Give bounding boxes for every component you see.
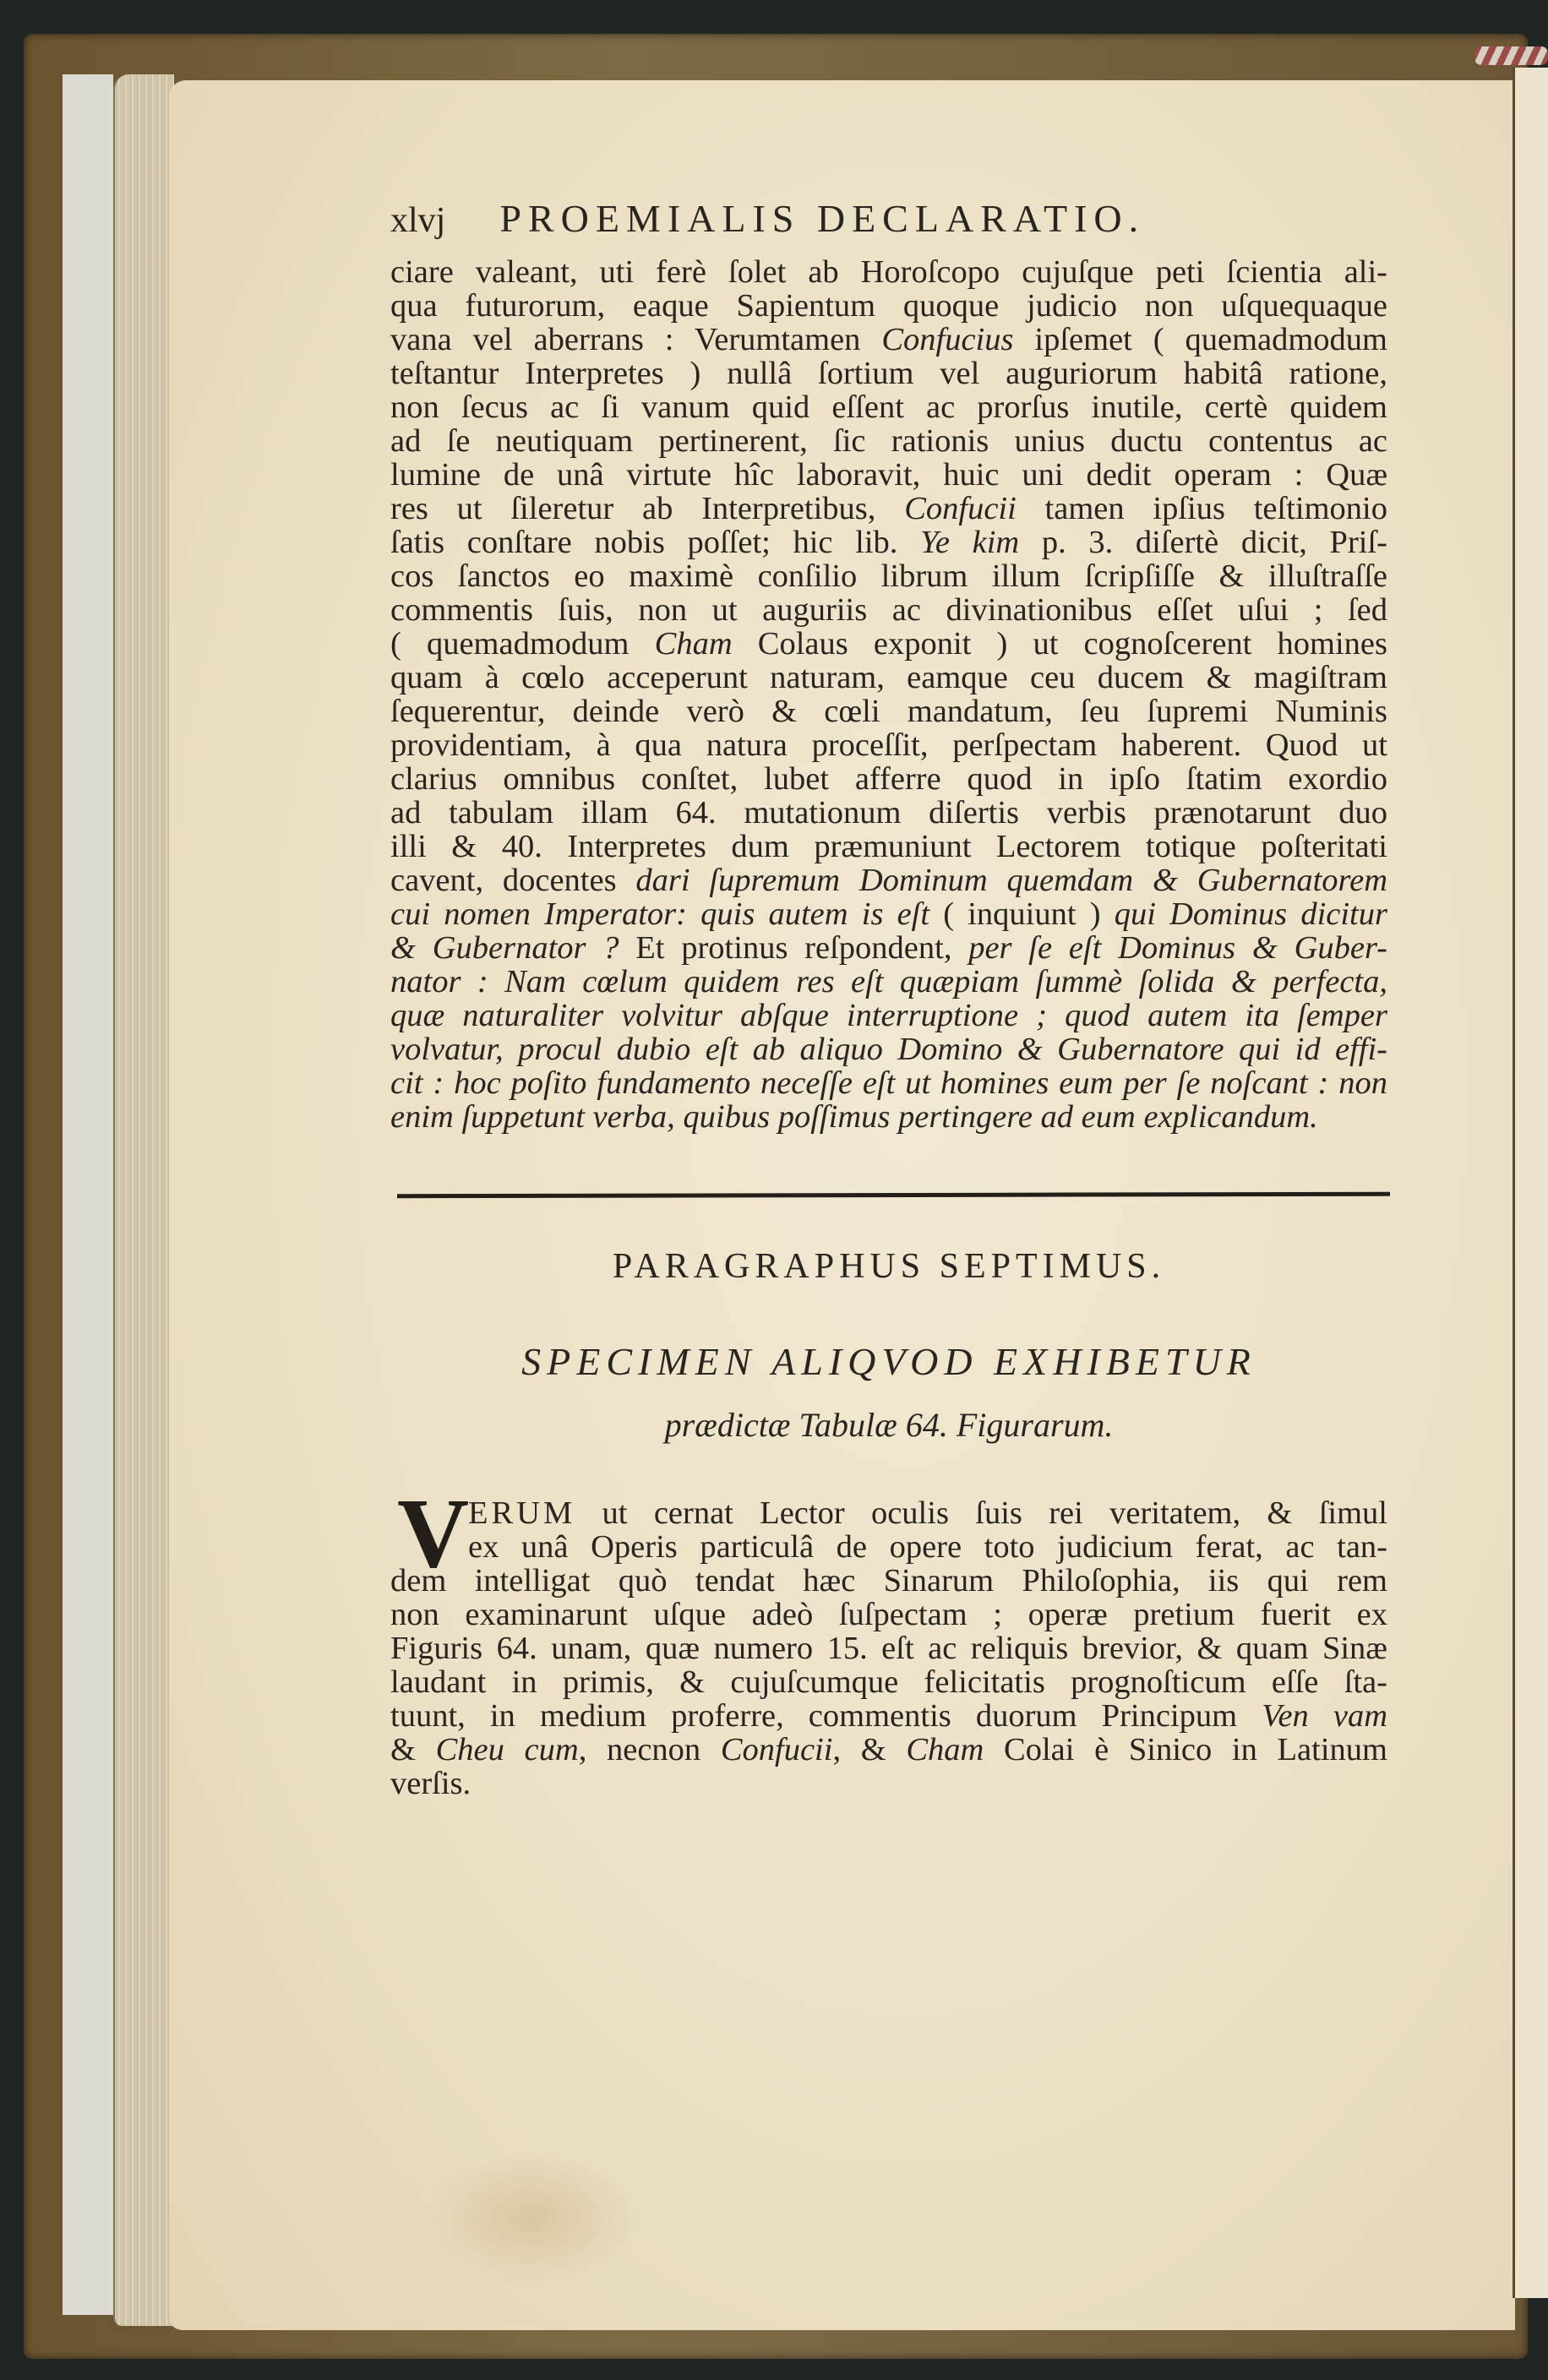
italic-text: quæ naturaliter volvitur abſque interrup… bbox=[390, 998, 1387, 1033]
italic-text: Ven vam bbox=[1262, 1698, 1387, 1734]
text-run: providentiam, à qua natura proceſſit, pe… bbox=[390, 727, 1387, 763]
page-text: xlvj PROEMIALIS DECLARATIO. ciare valean… bbox=[390, 196, 1387, 1800]
italic-text: volvatur, procul dubio eſt ab aliquo Dom… bbox=[390, 1032, 1387, 1067]
italic-text: Confucius bbox=[881, 322, 1013, 357]
text-run: cavent, docentes bbox=[390, 863, 635, 898]
text-run: quam à cœlo acceperunt naturam, eamque c… bbox=[390, 660, 1387, 695]
text-run: laudant in primis, & cujuſcumque felicit… bbox=[390, 1664, 1387, 1700]
text-run: ex unâ Operis particulâ de opere toto ju… bbox=[468, 1529, 1387, 1565]
text-run: tamen ipſius teſtimonio bbox=[1017, 491, 1387, 526]
text-run: commentis ſuis, non ut auguriis ac divin… bbox=[390, 592, 1387, 628]
endpaper bbox=[63, 74, 113, 2315]
italic-text: Cham bbox=[906, 1732, 984, 1767]
text-run: tuunt, in medium proferre, commentis duo… bbox=[390, 1698, 1262, 1734]
text-run: cos ſanctos eo maximè conſilio librum il… bbox=[390, 558, 1387, 594]
running-head: xlvj PROEMIALIS DECLARATIO. bbox=[390, 196, 1387, 255]
section-rule bbox=[397, 1192, 1390, 1198]
text-run: clarius omnibus conſtet, lubet afferre q… bbox=[390, 761, 1387, 797]
text-run: Colaus exponit ) ut cognoſcerent homines bbox=[733, 626, 1387, 662]
section-subheading-2: prædictæ Tabulæ 64. Figurarum. bbox=[390, 1405, 1387, 1452]
text-run: ſequerentur, deinde verò & cœli mandatum… bbox=[390, 694, 1387, 729]
running-title: PROEMIALIS DECLARATIO. bbox=[499, 196, 1145, 241]
text-run: non ſecus ac ſi vanum quid eſſent ac pro… bbox=[390, 389, 1387, 425]
text-run: ( inquiunt ) bbox=[929, 896, 1115, 932]
text-run: ERUM bbox=[468, 1495, 575, 1531]
text-line: ERUM ut cernat Lector oculis ſuis rei ve… bbox=[390, 1496, 1387, 1530]
text-line: dem intelligat quò tendat hæc Sinarum Ph… bbox=[390, 1564, 1387, 1598]
text-run: lumine de unâ virtute hîc laboravit, hui… bbox=[390, 457, 1387, 493]
text-run: dem intelligat quò tendat hæc Sinarum Ph… bbox=[390, 1563, 1387, 1598]
italic-text: dari ſupremum Dominum quemdam & Gubernat… bbox=[635, 863, 1387, 898]
text-run: , & bbox=[832, 1732, 906, 1767]
page-block-edges bbox=[113, 74, 174, 2326]
gutter bbox=[1513, 68, 1515, 2298]
italic-text: qui Dominus dicitur bbox=[1115, 896, 1387, 932]
text-run: ( quemadmodum bbox=[390, 626, 655, 662]
text-line: ad ſe neutiquam pertinerent, ſic rationi… bbox=[390, 424, 1387, 458]
text-run: & bbox=[390, 1732, 436, 1767]
paragraph-2-lines: ERUM ut cernat Lector oculis ſuis rei ve… bbox=[390, 1496, 1387, 1800]
text-line: qua futurorum, eaque Sapientum quoque ju… bbox=[390, 289, 1387, 323]
text-run: ipſemet ( quemadmodum bbox=[1013, 322, 1387, 357]
text-line: commentis ſuis, non ut auguriis ac divin… bbox=[390, 593, 1387, 627]
text-run: qua futurorum, eaque Sapientum quoque ju… bbox=[390, 288, 1387, 324]
text-run: res ut ſileretur ab Interpretibus, bbox=[390, 491, 904, 526]
text-line: laudant in primis, & cujuſcumque felicit… bbox=[390, 1665, 1387, 1699]
text-run: Et protinus reſpondent, bbox=[619, 930, 969, 966]
text-line: cit : hoc poſito fundamento neceſſe eſt … bbox=[390, 1066, 1387, 1100]
water-stain bbox=[422, 2150, 642, 2285]
text-line: non examinarunt uſque adeò ſuſpectam ; o… bbox=[390, 1598, 1387, 1631]
page-number: xlvj bbox=[390, 200, 445, 241]
text-line: volvatur, procul dubio eſt ab aliquo Dom… bbox=[390, 1032, 1387, 1066]
headband bbox=[1474, 46, 1548, 65]
italic-text: cui nomen Imperator: quis autem is eſt bbox=[390, 896, 929, 932]
text-line: res ut ſileretur ab Interpretibus, Confu… bbox=[390, 492, 1387, 526]
text-line: Figuris 64. unam, quæ numero 15. eſt ac … bbox=[390, 1631, 1387, 1665]
text-run: ut cernat Lector oculis ſuis rei veritat… bbox=[575, 1495, 1387, 1531]
text-run: p. 3. diſertè dicit, Priſ- bbox=[1019, 525, 1387, 560]
facing-page-edge bbox=[1515, 68, 1548, 2298]
text-line: ad tabulam illam 64. mutationum diſertis… bbox=[390, 796, 1387, 830]
italic-text: cit : hoc poſito fundamento neceſſe eſt … bbox=[390, 1065, 1387, 1101]
text-line: cui nomen Imperator: quis autem is eſt (… bbox=[390, 897, 1387, 931]
text-line: nator : Nam cœlum quidem res eſt quæpiam… bbox=[390, 965, 1387, 999]
paragraph-2: V ERUM ut cernat Lector oculis ſuis rei … bbox=[390, 1496, 1387, 1800]
text-run: ſatis conſtare nobis poſſet; hic lib. bbox=[390, 525, 920, 560]
drop-cap: V bbox=[397, 1491, 469, 1576]
text-run: , necnon bbox=[579, 1732, 721, 1767]
text-line: cos ſanctos eo maximè conſilio librum il… bbox=[390, 559, 1387, 593]
text-line: non ſecus ac ſi vanum quid eſſent ac pro… bbox=[390, 390, 1387, 424]
italic-text: per ſe eſt Dominus & Guber- bbox=[968, 930, 1387, 966]
italic-text: Cheu cum bbox=[436, 1732, 579, 1767]
text-run: ad ſe neutiquam pertinerent, ſic rationi… bbox=[390, 423, 1387, 459]
text-run: illi & 40. Interpretes dum præmuniunt Le… bbox=[390, 829, 1387, 864]
text-run: vana vel aberrans : Verumtamen bbox=[390, 322, 881, 357]
text-line: ex unâ Operis particulâ de opere toto ju… bbox=[390, 1530, 1387, 1564]
text-line: clarius omnibus conſtet, lubet afferre q… bbox=[390, 762, 1387, 796]
paragraph-1: ciare valeant, uti ferè ſolet ab Horoſco… bbox=[390, 255, 1387, 1134]
section-subheading: SPECIMEN ALIQVOD EXHIBETUR bbox=[390, 1339, 1387, 1388]
italic-text: Cham bbox=[655, 626, 733, 662]
italic-text: Confucii bbox=[721, 1732, 833, 1767]
text-line: ſequerentur, deinde verò & cœli mandatum… bbox=[390, 694, 1387, 728]
text-line: quam à cœlo acceperunt naturam, eamque c… bbox=[390, 661, 1387, 694]
text-line: ſatis conſtare nobis poſſet; hic lib. Ye… bbox=[390, 526, 1387, 559]
text-run: ciare valeant, uti ferè ſolet ab Horoſco… bbox=[390, 254, 1387, 290]
text-line: & Cheu cum, necnon Confucii, & Cham Cola… bbox=[390, 1733, 1387, 1767]
text-run: Figuris 64. unam, quæ numero 15. eſt ac … bbox=[390, 1631, 1387, 1666]
text-line: teſtantur Interpretes ) nullâ ſortium ve… bbox=[390, 357, 1387, 390]
text-line: illi & 40. Interpretes dum præmuniunt Le… bbox=[390, 830, 1387, 863]
text-line: cavent, docentes dari ſupremum Dominum q… bbox=[390, 863, 1387, 897]
text-line: & Gubernator ? Et protinus reſpondent, p… bbox=[390, 931, 1387, 965]
text-run: teſtantur Interpretes ) nullâ ſortium ve… bbox=[390, 356, 1387, 391]
text-line: tuunt, in medium proferre, commentis duo… bbox=[390, 1699, 1387, 1733]
italic-text: nator : Nam cœlum quidem res eſt quæpiam… bbox=[390, 964, 1387, 999]
text-run: verſis. bbox=[390, 1766, 471, 1801]
text-line: lumine de unâ virtute hîc laboravit, hui… bbox=[390, 458, 1387, 492]
text-run: non examinarunt uſque adeò ſuſpectam ; o… bbox=[390, 1597, 1387, 1632]
text-run: ad tabulam illam 64. mutationum diſertis… bbox=[390, 795, 1387, 831]
italic-text: Ye kim bbox=[920, 525, 1019, 560]
italic-text: & Gubernator ? bbox=[390, 930, 619, 966]
italic-text: Confucii bbox=[904, 491, 1017, 526]
text-line: quæ naturaliter volvitur abſque interrup… bbox=[390, 999, 1387, 1032]
text-line: providentiam, à qua natura proceſſit, pe… bbox=[390, 728, 1387, 762]
text-line: vana vel aberrans : Verumtamen Confucius… bbox=[390, 323, 1387, 357]
italic-text: enim ſuppetunt verba, quibus poſſimus pe… bbox=[390, 1099, 1318, 1135]
text-line: enim ſuppetunt verba, quibus poſſimus pe… bbox=[390, 1100, 1387, 1134]
text-line: verſis. bbox=[390, 1767, 1387, 1800]
section-heading: PARAGRAPHUS SEPTIMUS. bbox=[390, 1246, 1387, 1297]
text-line: ciare valeant, uti ferè ſolet ab Horoſco… bbox=[390, 255, 1387, 289]
text-run: Colai è Sinico in Latinum bbox=[984, 1732, 1387, 1767]
text-line: ( quemadmodum Cham Colaus exponit ) ut c… bbox=[390, 627, 1387, 661]
